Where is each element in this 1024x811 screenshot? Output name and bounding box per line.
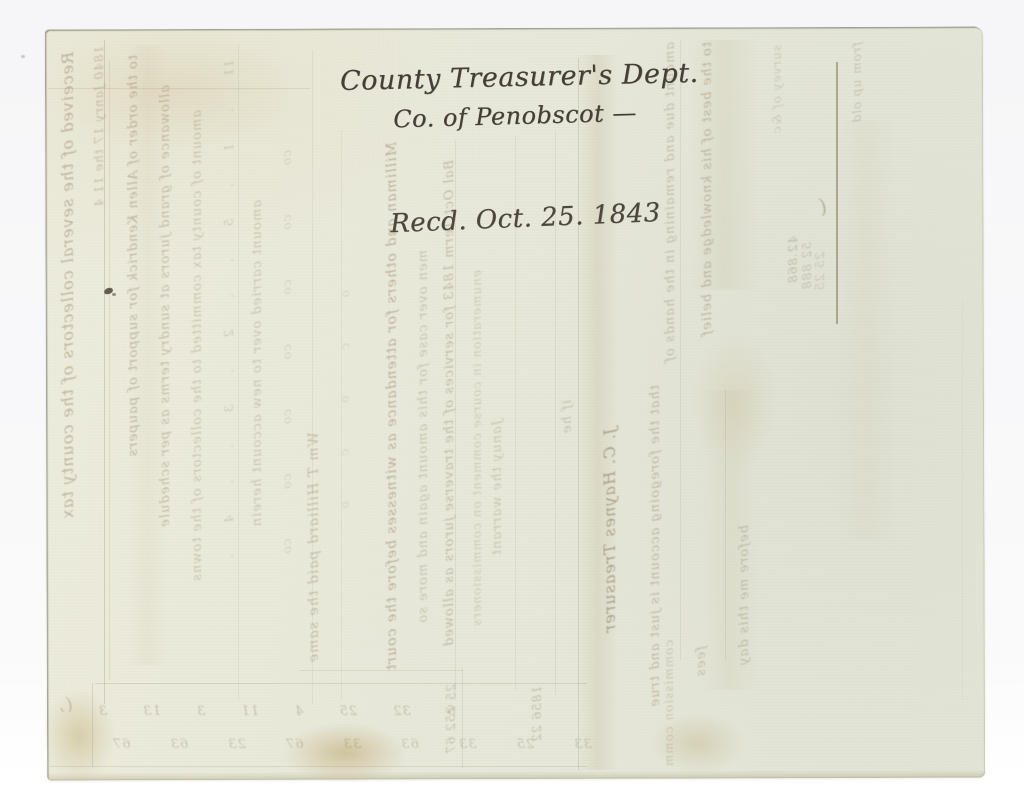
paper-texture bbox=[45, 27, 985, 781]
document-page bbox=[45, 27, 985, 781]
dust-speck bbox=[21, 55, 25, 58]
scanner-background: Received of the several collectors of th… bbox=[0, 0, 1024, 811]
ink-blot-small bbox=[112, 293, 116, 296]
